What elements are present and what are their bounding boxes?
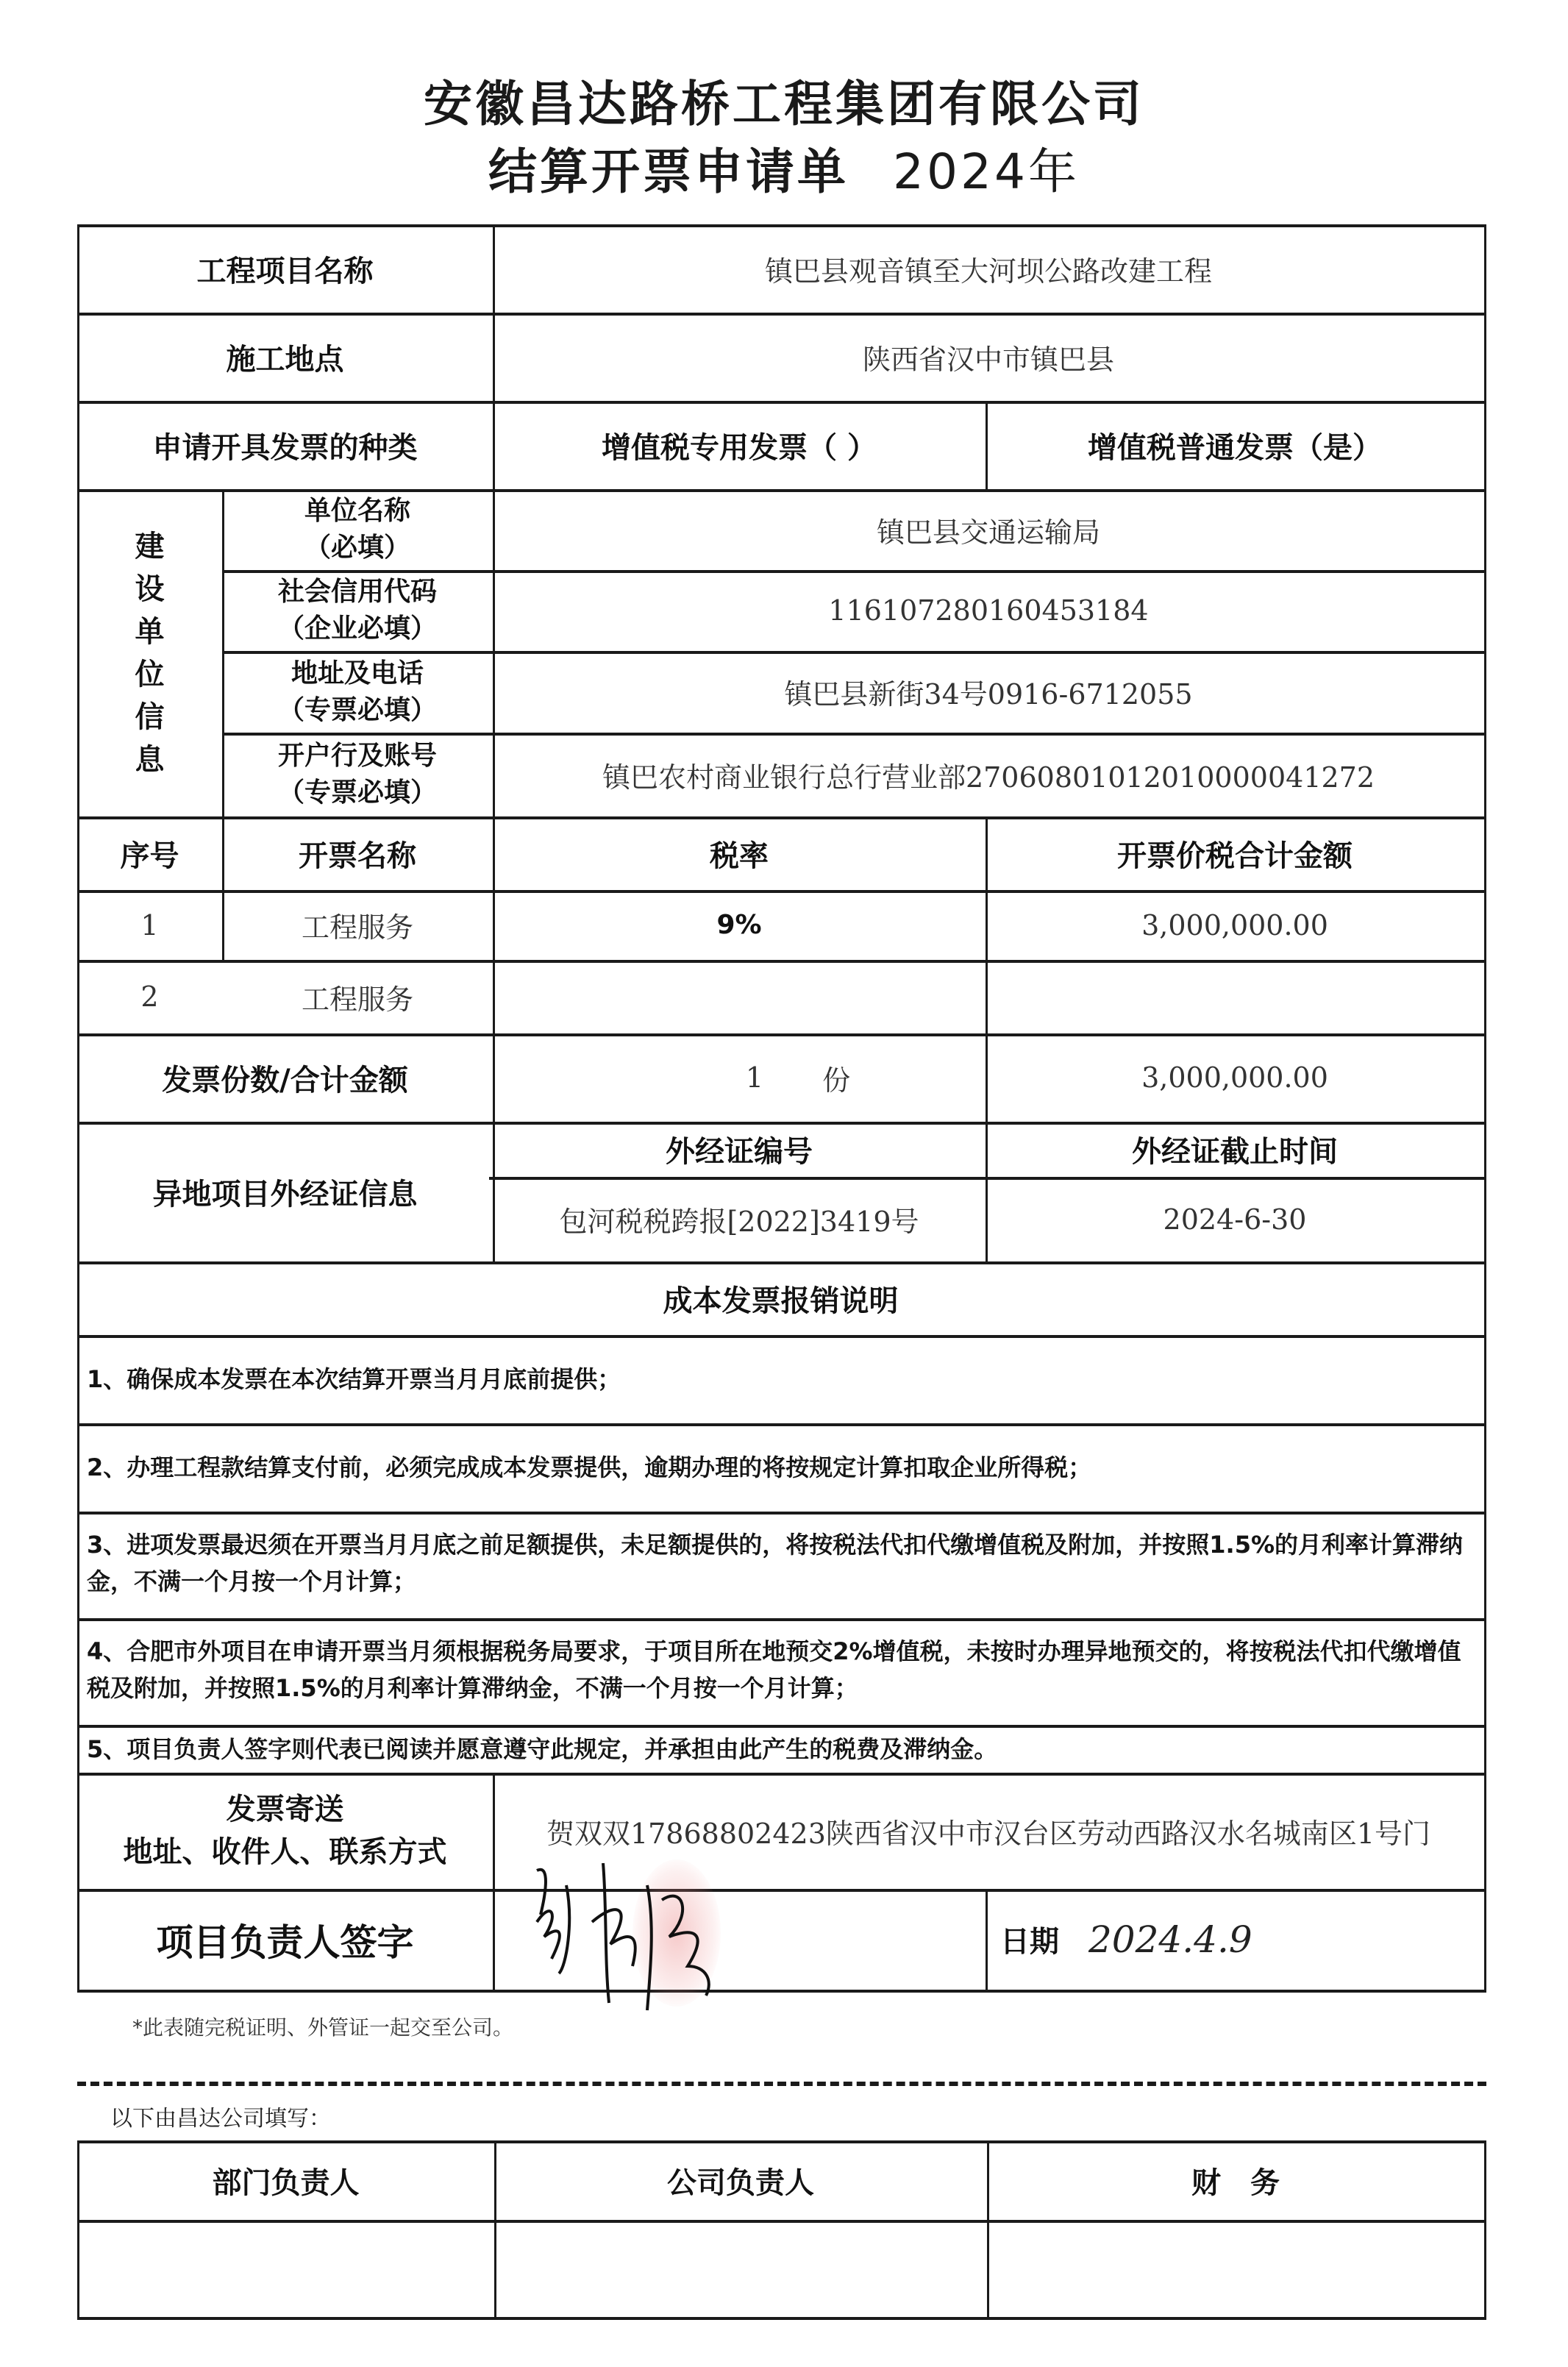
row-rate: 9% xyxy=(493,890,986,960)
outside-cert-label: 异地项目外经证信息 xyxy=(77,1122,493,1261)
invoice-type-label: 申请开具发票的种类 xyxy=(77,401,493,489)
cost-note-5: 5、项目负责人签字则代表已阅读并愿意遵守此规定，并承担由此产生的税费及滞纳金。 xyxy=(87,1731,1469,1768)
special-vat-option: 增值税专用发票（ ） xyxy=(493,401,986,489)
cert-deadline-value: 2024-6-30 xyxy=(986,1177,1484,1261)
label-line: （专票必填） xyxy=(278,775,437,811)
dept-head-header: 部门负责人 xyxy=(77,2140,494,2220)
label-line: （企业必填） xyxy=(278,611,437,647)
total-count-unit: 份 xyxy=(822,1058,850,1098)
site-value: 陕西省汉中市镇巴县 xyxy=(493,313,1484,401)
group-char: 建 xyxy=(135,525,165,568)
row-amount xyxy=(986,960,1484,1033)
row-line xyxy=(77,1335,1486,1338)
finance-header: 财 务 xyxy=(987,2140,1484,2220)
cost-note-2: 2、办理工程款结算支付前，必须完成成本发票提供，逾期办理的将按规定计算扣取企业所… xyxy=(87,1449,1469,1486)
footnote: *此表随完税证明、外管证一起交至公司。 xyxy=(132,2012,513,2041)
label-line: 地址、收件人、联系方式 xyxy=(124,1831,447,1873)
cert-number-value: 包河税税跨报[2022]3419号 xyxy=(493,1177,986,1261)
handwritten-signature-icon xyxy=(522,1856,758,2025)
project-name-label: 工程项目名称 xyxy=(77,224,493,313)
group-char: 单 xyxy=(135,611,165,653)
group-char: 设 xyxy=(135,568,165,611)
label-line: 发票寄送 xyxy=(227,1788,344,1831)
cost-note-1: 1、确保成本发票在本次结算开票当月月底前提供； xyxy=(87,1361,1469,1398)
bank-account-label: 开户行及账号 （专票必填） xyxy=(222,733,493,816)
cert-deadline-header: 外经证截止时间 xyxy=(986,1122,1484,1177)
row-name: 工程服务 xyxy=(222,890,493,960)
bank-account-value: 镇巴农村商业银行总行营业部27060801012010000041272 xyxy=(493,733,1484,816)
row-line xyxy=(77,1725,1486,1728)
date-value: 2024.4.9 xyxy=(1088,1918,1252,1961)
row-line xyxy=(77,2317,1486,2320)
row-line xyxy=(77,1990,1486,1993)
row-line xyxy=(77,1512,1486,1514)
builder-info-group-label: 建 设 单 位 信 息 xyxy=(77,489,222,816)
date-field[interactable]: 日期 2024.4.9 xyxy=(986,1889,1484,1990)
col-divider xyxy=(1484,2140,1486,2318)
cost-note-4: 4、合肥市外项目在申请开票当月须根据税务局要求，于项目所在地预交2%增值税，未按… xyxy=(87,1633,1469,1706)
normal-vat-option: 增值税普通发票（是） xyxy=(986,401,1484,489)
label-line: 开户行及账号 xyxy=(278,738,437,775)
label-line: （必填） xyxy=(304,530,410,566)
company-section-intro: 以下由昌达公司填写： xyxy=(110,2100,331,2132)
label-line: 地址及电话 xyxy=(291,655,424,692)
row-no: 1 xyxy=(77,890,222,960)
company-head-signature-field[interactable] xyxy=(494,2220,987,2317)
total-label: 发票份数/合计金额 xyxy=(77,1033,493,1122)
total-count: 1 份 xyxy=(493,1033,986,1122)
group-char: 位 xyxy=(135,653,165,696)
finance-signature-field[interactable] xyxy=(987,2220,1484,2317)
label-line: 单位名称 xyxy=(304,493,410,530)
col-header-no: 序号 xyxy=(77,816,222,890)
row-rate xyxy=(493,960,986,1033)
col-header-amount: 开票价税合计金额 xyxy=(986,816,1484,890)
credit-code-value: 116107280160453184 xyxy=(493,570,1484,651)
form-title: 结算开票申请单2024年 xyxy=(0,132,1568,202)
credit-code-label: 社会信用代码 （企业必填） xyxy=(222,570,493,651)
row-line xyxy=(77,1423,1486,1426)
site-label: 施工地点 xyxy=(77,313,493,401)
form-title-text: 结算开票申请单 xyxy=(488,143,849,200)
cost-note-3: 3、进项发票最迟须在开票当月月底之前足额提供，未足额提供的，将按税法代扣代缴增值… xyxy=(87,1526,1469,1600)
col-header-rate: 税率 xyxy=(493,816,986,890)
total-count-value: 1 xyxy=(746,1061,763,1094)
cert-number-header: 外经证编号 xyxy=(493,1122,986,1177)
date-label: 日期 xyxy=(1000,1918,1059,1960)
company-head-header: 公司负责人 xyxy=(494,2140,987,2220)
project-name-value: 镇巴县观音镇至大河坝公路改建工程 xyxy=(493,224,1484,313)
total-amount: 3,000,000.00 xyxy=(986,1033,1484,1122)
group-char: 信 xyxy=(135,696,165,738)
label-line: 社会信用代码 xyxy=(278,574,437,611)
col-header-name: 开票名称 xyxy=(222,816,493,890)
row-line xyxy=(77,1618,1486,1621)
cost-notes-title: 成本发票报销说明 xyxy=(77,1261,1484,1335)
row-amount: 3,000,000.00 xyxy=(986,890,1484,960)
form-year: 2024年 xyxy=(893,143,1080,200)
signature-field[interactable] xyxy=(493,1889,986,1990)
company-title: 安徽昌达路桥工程集团有限公司 xyxy=(0,65,1568,135)
group-char: 息 xyxy=(135,738,165,781)
delivery-label: 发票寄送 地址、收件人、联系方式 xyxy=(77,1773,493,1889)
address-phone-value: 镇巴县新街34号0916-6712055 xyxy=(493,651,1484,733)
unit-name-value: 镇巴县交通运输局 xyxy=(493,489,1484,570)
address-phone-label: 地址及电话 （专票必填） xyxy=(222,651,493,733)
unit-name-label: 单位名称 （必填） xyxy=(222,489,493,570)
row-name: 工程服务 xyxy=(222,960,493,1033)
signature-label: 项目负责人签字 xyxy=(77,1889,493,1990)
label-line: （专票必填） xyxy=(278,692,437,729)
cut-line-divider xyxy=(77,2082,1486,2086)
row-no: 2 xyxy=(77,960,222,1033)
dept-head-signature-field[interactable] xyxy=(77,2220,494,2317)
